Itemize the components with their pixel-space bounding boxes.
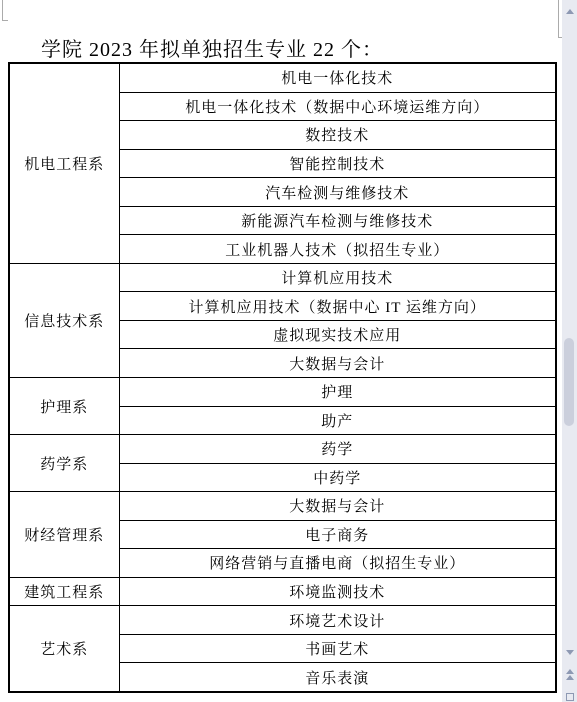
major-cell: 电子商务 xyxy=(119,520,556,549)
major-cell: 音乐表演 xyxy=(119,663,556,692)
major-cell: 数控技术 xyxy=(119,121,556,150)
major-cell: 汽车检测与维修技术 xyxy=(119,178,556,207)
scroll-down-icon xyxy=(566,650,574,655)
table-row: 机电工程系机电一体化技术 xyxy=(9,63,556,92)
department-cell: 财经管理系 xyxy=(9,492,119,578)
major-cell: 机电一体化技术（数据中心环境运维方向） xyxy=(119,92,556,121)
major-cell: 助产 xyxy=(119,406,556,435)
previous-page-icon xyxy=(566,675,574,680)
major-cell: 网络营销与直播电商（拟招生专业） xyxy=(119,549,556,578)
major-cell: 护理 xyxy=(119,377,556,406)
word-document-page: { "page": { "title": "学院 2023 年拟单独招生专业 2… xyxy=(0,0,577,702)
scrollbar-thumb[interactable] xyxy=(564,338,574,426)
select-browse-object-button[interactable] xyxy=(562,692,577,702)
department-cell: 机电工程系 xyxy=(9,63,119,263)
previous-page-button[interactable] xyxy=(562,668,577,686)
major-cell: 环境艺术设计 xyxy=(119,606,556,635)
text-boundary-mark-right xyxy=(558,0,559,38)
major-cell: 大数据与会计 xyxy=(119,492,556,521)
vertical-scrollbar[interactable] xyxy=(562,0,577,702)
select-browse-object-icon xyxy=(566,693,574,701)
scroll-up-button[interactable] xyxy=(562,6,577,20)
table-row: 护理系护理 xyxy=(9,377,556,406)
department-cell: 护理系 xyxy=(9,377,119,434)
majors-table-body: 机电工程系机电一体化技术机电一体化技术（数据中心环境运维方向）数控技术智能控制技… xyxy=(9,63,556,692)
major-cell: 工业机器人技术（拟招生专业） xyxy=(119,235,556,264)
majors-table: 机电工程系机电一体化技术机电一体化技术（数据中心环境运维方向）数控技术智能控制技… xyxy=(8,62,557,693)
previous-page-icon xyxy=(566,669,574,674)
scroll-down-button[interactable] xyxy=(562,646,577,660)
table-row: 建筑工程系环境监测技术 xyxy=(9,577,556,606)
department-cell: 药学系 xyxy=(9,435,119,492)
major-cell: 智能控制技术 xyxy=(119,149,556,178)
major-cell: 书画艺术 xyxy=(119,634,556,663)
major-cell: 计算机应用技术 xyxy=(119,263,556,292)
text-boundary-mark-left xyxy=(2,0,3,21)
table-row: 药学系药学 xyxy=(9,435,556,464)
scroll-up-icon xyxy=(566,9,574,14)
major-cell: 虚拟现实技术应用 xyxy=(119,320,556,349)
major-cell: 计算机应用技术（数据中心 IT 运维方向） xyxy=(119,292,556,321)
major-cell: 环境监测技术 xyxy=(119,577,556,606)
department-cell: 信息技术系 xyxy=(9,263,119,377)
document-title: 学院 2023 年拟单独招生专业 22 个： xyxy=(41,33,383,62)
major-cell: 机电一体化技术 xyxy=(119,63,556,92)
major-cell: 药学 xyxy=(119,435,556,464)
major-cell: 中药学 xyxy=(119,463,556,492)
table-row: 艺术系环境艺术设计 xyxy=(9,606,556,635)
text-boundary-mark-left-foot xyxy=(2,20,8,21)
table-row: 财经管理系大数据与会计 xyxy=(9,492,556,521)
department-cell: 建筑工程系 xyxy=(9,577,119,606)
department-cell: 艺术系 xyxy=(9,606,119,692)
table-row: 信息技术系计算机应用技术 xyxy=(9,263,556,292)
major-cell: 大数据与会计 xyxy=(119,349,556,378)
major-cell: 新能源汽车检测与维修技术 xyxy=(119,206,556,235)
